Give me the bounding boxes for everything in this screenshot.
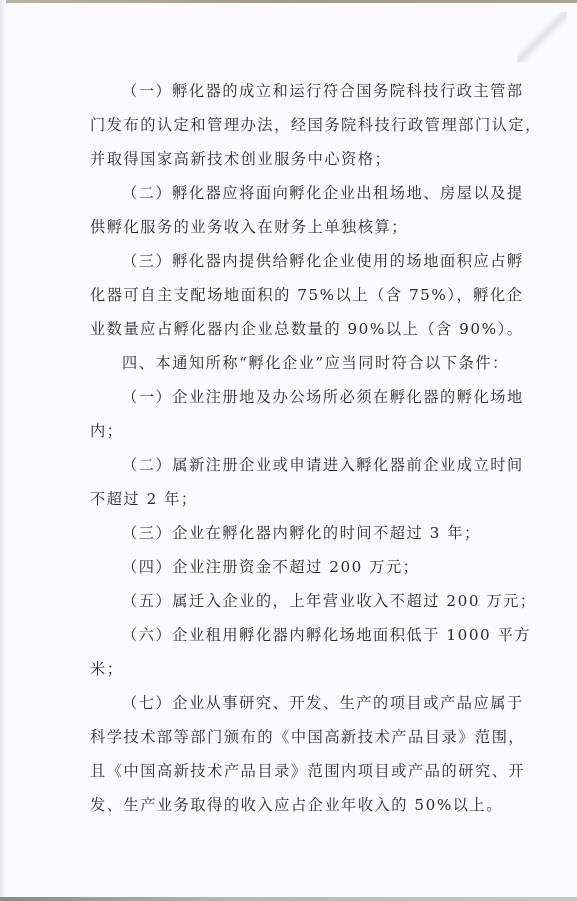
- document-body: （一）孵化器的成立和运行符合国务院科技行政主管部 门发布的认定和管理办法，经国务…: [90, 74, 506, 822]
- text-line: 米；: [90, 652, 506, 686]
- page-corner-fold: [517, 12, 567, 62]
- text-line: （三）孵化器内提供给孵化企业使用的场地面积应占孵: [90, 244, 506, 278]
- scan-top-edge: [0, 0, 577, 3]
- text-line: 发、生产业务取得的收入应占企业年收入的 50%以上。: [90, 788, 506, 822]
- text-line: （七）企业从事研究、开发、生产的项目或产品应属于: [90, 686, 506, 720]
- text-line: （二）属新注册企业或申请进入孵化器前企业成立时间: [90, 448, 506, 482]
- text-line: 并取得国家高新技术创业服务中心资格；: [90, 142, 506, 176]
- section-heading: 四、本通知所称“孵化企业”应当同时符合以下条件：: [90, 346, 506, 380]
- text-line: （一）孵化器的成立和运行符合国务院科技行政主管部: [90, 74, 506, 108]
- text-line: 供孵化服务的业务收入在财务上单独核算；: [90, 210, 506, 244]
- text-line: 不超过 2 年；: [90, 482, 506, 516]
- text-line: 科学技术部等部门颁布的《中国高新技术产品目录》范围，: [90, 720, 506, 754]
- text-line: 化器可自主支配场地面积的 75%以上（含 75%），孵化企: [90, 278, 506, 312]
- text-line: 且《中国高新技术产品目录》范围内项目或产品的研究、开: [90, 754, 506, 788]
- text-line: （四）企业注册资金不超过 200 万元；: [90, 550, 506, 584]
- scan-left-shadow: [0, 0, 6, 901]
- scan-bottom-edge: [0, 897, 577, 901]
- text-line: （五）属迁入企业的，上年营业收入不超过 200 万元；: [90, 584, 506, 618]
- text-line: （六）企业租用孵化器内孵化场地面积低于 1000 平方: [90, 618, 506, 652]
- text-line: （二）孵化器应将面向孵化企业出租场地、房屋以及提: [90, 176, 506, 210]
- text-line: 门发布的认定和管理办法，经国务院科技行政管理部门认定，: [90, 108, 506, 142]
- text-line: 业数量应占孵化器内企业总数量的 90%以上（含 90%）。: [90, 312, 506, 346]
- text-line: 内；: [90, 414, 506, 448]
- text-line: （一）企业注册地及办公场所必须在孵化器的孵化场地: [90, 380, 506, 414]
- text-line: （三）企业在孵化器内孵化的时间不超过 3 年；: [90, 516, 506, 550]
